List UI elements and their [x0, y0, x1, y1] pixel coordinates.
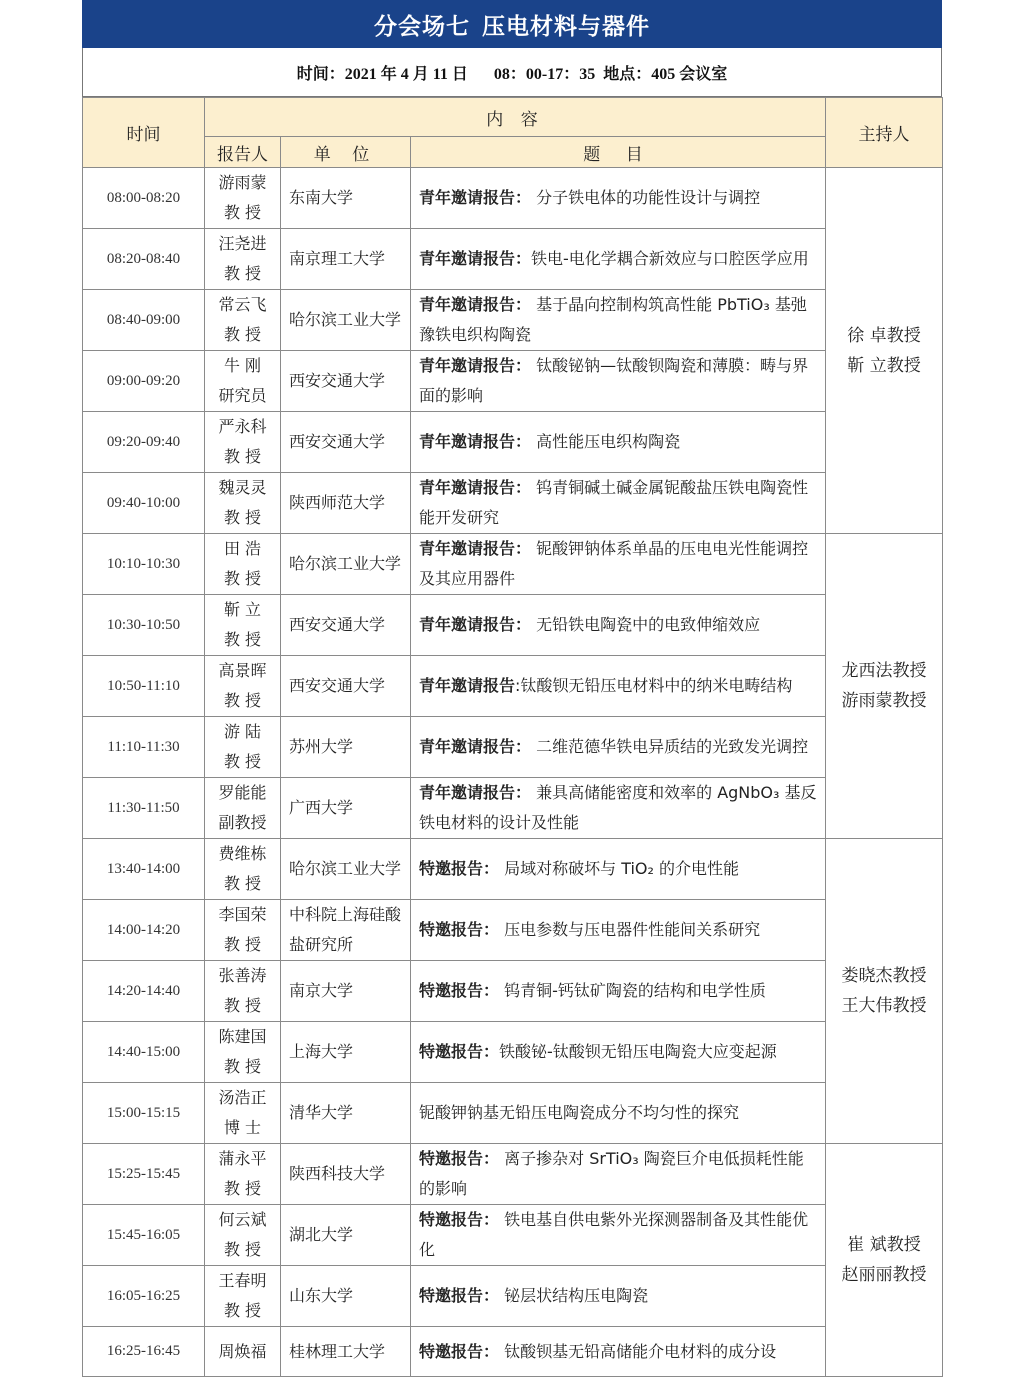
host-name: 靳 立教授 [826, 351, 942, 381]
session-number: 分会场七 [374, 8, 470, 41]
talk-time: 14:00-14:20 [83, 900, 205, 961]
affiliation: 湖北大学 [281, 1205, 411, 1266]
table-row: 10:30-10:50靳 立教 授西安交通大学青年邀请报告： 无铅铁电陶瓷中的电… [83, 595, 943, 656]
talk-time: 16:05-16:25 [83, 1266, 205, 1327]
speaker-cell: 汪尧进教 授 [205, 229, 281, 290]
speaker-cell: 陈建国教 授 [205, 1022, 281, 1083]
header-time: 时间 [83, 98, 205, 168]
speaker-name: 靳 立 [205, 595, 280, 625]
speaker-name: 严永科 [205, 412, 280, 442]
talk-topic: 青年邀请报告： 铌酸钾钠体系单晶的压电电光性能调控及其应用器件 [411, 534, 826, 595]
affiliation: 清华大学 [281, 1083, 411, 1144]
talk-type-tag: 青年邀请报告： [419, 432, 531, 451]
speaker-name: 张善涛 [205, 961, 280, 991]
talk-time: 09:40-10:00 [83, 473, 205, 534]
talk-title: 铋层状结构压电陶瓷 [499, 1286, 648, 1305]
speaker-title: 教 授 [205, 747, 280, 777]
talk-type-tag: 青年邀请报告： [419, 356, 531, 375]
speaker-cell: 汤浩正博 士 [205, 1083, 281, 1144]
speaker-title: 教 授 [205, 991, 280, 1021]
speaker-title: 教 授 [205, 1174, 280, 1204]
talk-topic: 特邀报告： 铋层状结构压电陶瓷 [411, 1266, 826, 1327]
header-unit: 单 位 [281, 137, 411, 168]
table-row: 11:30-11:50罗能能副教授广西大学青年邀请报告： 兼具高储能密度和效率的… [83, 778, 943, 839]
header-row-2: 报告人 单 位 题 目 [83, 137, 943, 168]
table-row: 09:20-09:40严永科教 授西安交通大学青年邀请报告： 高性能压电织构陶瓷 [83, 412, 943, 473]
talk-time: 10:10-10:30 [83, 534, 205, 595]
table-row: 08:00-08:20游雨蒙教 授东南大学青年邀请报告： 分子铁电体的功能性设计… [83, 168, 943, 229]
date-label: 时间： [297, 61, 345, 84]
table-row: 15:00-15:15汤浩正博 士清华大学铌酸钾钠基无铅压电陶瓷成分不均匀性的探… [83, 1083, 943, 1144]
affiliation: 哈尔滨工业大学 [281, 290, 411, 351]
talk-type-tag: 特邀报告： [419, 981, 499, 1000]
speaker-cell: 严永科教 授 [205, 412, 281, 473]
speaker-title: 教 授 [205, 686, 280, 716]
affiliation: 陕西师范大学 [281, 473, 411, 534]
schedule-rows: 08:00-08:20游雨蒙教 授东南大学青年邀请报告： 分子铁电体的功能性设计… [83, 168, 943, 1377]
speaker-title: 教 授 [205, 1235, 280, 1265]
table-row: 10:10-10:30田 浩教 授哈尔滨工业大学青年邀请报告： 铌酸钾钠体系单晶… [83, 534, 943, 595]
talk-type-tag: 青年邀请报告： [419, 615, 531, 634]
talk-type-tag: 青年邀请报告： [419, 249, 531, 268]
affiliation: 苏州大学 [281, 717, 411, 778]
speaker-name: 何云斌 [205, 1205, 280, 1235]
talk-time: 11:10-11:30 [83, 717, 205, 778]
talk-time: 11:30-11:50 [83, 778, 205, 839]
affiliation: 南京理工大学 [281, 229, 411, 290]
speaker-name: 费维栋 [205, 839, 280, 869]
table-row: 08:40-09:00常云飞教 授哈尔滨工业大学青年邀请报告： 基于晶向控制构筑… [83, 290, 943, 351]
talk-time: 15:25-15:45 [83, 1144, 205, 1205]
speaker-title: 教 授 [205, 869, 280, 899]
talk-title: :钛酸钡无铅压电材料中的纳米电畴结构 [515, 676, 792, 695]
speaker-title: 教 授 [205, 625, 280, 655]
talk-title: 二维范德华铁电异质结的光致发光调控 [531, 737, 808, 756]
host-name: 游雨蒙教授 [826, 686, 942, 716]
affiliation: 广西大学 [281, 778, 411, 839]
session-name: 压电材料与器件 [482, 8, 650, 41]
host-name: 龙西法教授 [826, 656, 942, 686]
talk-topic: 特邀报告：铁酸铋-钛酸钡无铅压电陶瓷大应变起源 [411, 1022, 826, 1083]
speaker-name: 周焕福 [205, 1337, 280, 1367]
affiliation: 南京大学 [281, 961, 411, 1022]
speaker-name: 罗能能 [205, 778, 280, 808]
speaker-title: 教 授 [205, 442, 280, 472]
talk-type-tag: 特邀报告： [419, 859, 499, 878]
talk-time: 15:45-16:05 [83, 1205, 205, 1266]
speaker-title: 教 授 [205, 564, 280, 594]
session-title-bar: 分会场七 压电材料与器件 [82, 0, 942, 48]
talk-time: 08:20-08:40 [83, 229, 205, 290]
talk-time: 16:25-16:45 [83, 1327, 205, 1377]
speaker-cell: 游雨蒙教 授 [205, 168, 281, 229]
talk-topic: 铌酸钾钠基无铅压电陶瓷成分不均匀性的探究 [411, 1083, 826, 1144]
speaker-title: 教 授 [205, 1296, 280, 1326]
talk-type-tag: 青年邀请报告 [419, 676, 515, 695]
talk-title: 无铅铁电陶瓷中的电致伸缩效应 [531, 615, 760, 634]
talk-title: 铌酸钾钠基无铅压电陶瓷成分不均匀性的探究 [419, 1103, 739, 1122]
session-hosts: 崔 斌教授赵丽丽教授 [826, 1144, 943, 1377]
affiliation: 西安交通大学 [281, 656, 411, 717]
talk-time: 14:20-14:40 [83, 961, 205, 1022]
host-name: 崔 斌教授 [826, 1230, 942, 1260]
schedule-table: 时间 内 容 主持人 报告人 单 位 题 目 08:00-08:20游雨蒙教 授… [82, 97, 943, 1377]
schedule-sheet: 分会场七 压电材料与器件 时间： 2021 年 4 月 11 日 08：00-1… [82, 0, 942, 1377]
talk-time: 14:40-15:00 [83, 1022, 205, 1083]
speaker-name: 王春明 [205, 1266, 280, 1296]
table-row: 16:25-16:45周焕福桂林理工大学特邀报告： 钛酸钡基无铅高储能介电材料的… [83, 1327, 943, 1377]
speaker-name: 魏灵灵 [205, 473, 280, 503]
talk-type-tag: 特邀报告： [419, 1342, 499, 1361]
talk-time: 10:50-11:10 [83, 656, 205, 717]
speaker-cell: 游 陆教 授 [205, 717, 281, 778]
speaker-name: 高景晖 [205, 656, 280, 686]
speaker-name: 陈建国 [205, 1022, 280, 1052]
talk-type-tag: 特邀报告： [419, 1210, 499, 1229]
speaker-name: 游 陆 [205, 717, 280, 747]
speaker-name: 田 浩 [205, 534, 280, 564]
affiliation: 中科院上海硅酸盐研究所 [281, 900, 411, 961]
talk-topic: 特邀报告： 钨青铜-钙钛矿陶瓷的结构和电学性质 [411, 961, 826, 1022]
talk-type-tag: 特邀报告： [419, 1042, 499, 1061]
talk-time: 10:30-10:50 [83, 595, 205, 656]
speaker-cell: 王春明教 授 [205, 1266, 281, 1327]
header-row-1: 时间 内 容 主持人 [83, 98, 943, 137]
affiliation: 西安交通大学 [281, 351, 411, 412]
talk-topic: 青年邀请报告： 二维范德华铁电异质结的光致发光调控 [411, 717, 826, 778]
speaker-name: 牛 刚 [205, 351, 280, 381]
talk-topic: 特邀报告： 钛酸钡基无铅高储能介电材料的成分设 [411, 1327, 826, 1377]
affiliation: 西安交通大学 [281, 595, 411, 656]
header-topic: 题 目 [411, 137, 826, 168]
talk-time: 08:00-08:20 [83, 168, 205, 229]
affiliation: 山东大学 [281, 1266, 411, 1327]
affiliation: 桂林理工大学 [281, 1327, 411, 1377]
talk-title: 钛酸钡基无铅高储能介电材料的成分设 [499, 1342, 776, 1361]
speaker-cell: 罗能能副教授 [205, 778, 281, 839]
speaker-cell: 费维栋教 授 [205, 839, 281, 900]
talk-time: 15:00-15:15 [83, 1083, 205, 1144]
speaker-cell: 牛 刚研究员 [205, 351, 281, 412]
talk-time: 08:40-09:00 [83, 290, 205, 351]
talk-topic: 青年邀请报告： 兼具高储能密度和效率的 AgNbO₃ 基反铁电材料的设计及性能 [411, 778, 826, 839]
speaker-name: 游雨蒙 [205, 168, 280, 198]
speaker-cell: 高景晖教 授 [205, 656, 281, 717]
speaker-cell: 魏灵灵教 授 [205, 473, 281, 534]
speaker-cell: 周焕福 [205, 1327, 281, 1377]
talk-topic: 特邀报告： 局域对称破坏与 TiO₂ 的介电性能 [411, 839, 826, 900]
talk-topic: 青年邀请报告： 高性能压电织构陶瓷 [411, 412, 826, 473]
host-name: 赵丽丽教授 [826, 1260, 942, 1290]
speaker-title: 副教授 [205, 808, 280, 838]
header-speaker: 报告人 [205, 137, 281, 168]
talk-type-tag: 特邀报告： [419, 920, 499, 939]
talk-type-tag: 青年邀请报告： [419, 737, 531, 756]
table-row: 13:40-14:00费维栋教 授哈尔滨工业大学特邀报告： 局域对称破坏与 Ti… [83, 839, 943, 900]
speaker-cell: 常云飞教 授 [205, 290, 281, 351]
speaker-title: 教 授 [205, 259, 280, 289]
talk-title: 局域对称破坏与 TiO₂ 的介电性能 [499, 859, 739, 878]
session-hosts: 徐 卓教授靳 立教授 [826, 168, 943, 534]
talk-type-tag: 青年邀请报告： [419, 783, 531, 802]
table-row: 15:45-16:05何云斌教 授湖北大学特邀报告： 铁电基自供电紫外光探测器制… [83, 1205, 943, 1266]
speaker-name: 李国荣 [205, 900, 280, 930]
host-name: 王大伟教授 [826, 991, 942, 1021]
talk-topic: 青年邀请报告： 基于晶向控制构筑高性能 PbTiO₃ 基弛豫铁电织构陶瓷 [411, 290, 826, 351]
speaker-cell: 何云斌教 授 [205, 1205, 281, 1266]
table-row: 14:40-15:00陈建国教 授上海大学特邀报告：铁酸铋-钛酸钡无铅压电陶瓷大… [83, 1022, 943, 1083]
table-row: 09:00-09:20牛 刚研究员西安交通大学青年邀请报告： 钛酸铋钠—钛酸钡陶… [83, 351, 943, 412]
talk-topic: 特邀报告： 压电参数与压电器件性能间关系研究 [411, 900, 826, 961]
speaker-cell: 李国荣教 授 [205, 900, 281, 961]
header-content: 内 容 [205, 98, 826, 137]
table-row: 10:50-11:10高景晖教 授西安交通大学青年邀请报告:钛酸钡无铅压电材料中… [83, 656, 943, 717]
talk-time: 09:20-09:40 [83, 412, 205, 473]
speaker-title: 教 授 [205, 320, 280, 350]
talk-time: 09:00-09:20 [83, 351, 205, 412]
session-hosts: 娄晓杰教授王大伟教授 [826, 839, 943, 1144]
place-label: 地点： [603, 61, 651, 84]
speaker-title: 教 授 [205, 198, 280, 228]
speaker-cell: 蒲永平教 授 [205, 1144, 281, 1205]
date-value: 2021 年 4 月 11 日 [345, 61, 468, 84]
speaker-title: 研究员 [205, 381, 280, 411]
speaker-name: 汤浩正 [205, 1083, 280, 1113]
talk-time: 13:40-14:00 [83, 839, 205, 900]
speaker-cell: 田 浩教 授 [205, 534, 281, 595]
table-row: 15:25-15:45蒲永平教 授陕西科技大学特邀报告： 离子掺杂对 SrTiO… [83, 1144, 943, 1205]
session-hosts: 龙西法教授游雨蒙教授 [826, 534, 943, 839]
table-row: 14:20-14:40张善涛教 授南京大学特邀报告： 钨青铜-钙钛矿陶瓷的结构和… [83, 961, 943, 1022]
talk-topic: 青年邀请报告： 分子铁电体的功能性设计与调控 [411, 168, 826, 229]
affiliation: 东南大学 [281, 168, 411, 229]
speaker-cell: 张善涛教 授 [205, 961, 281, 1022]
host-name: 徐 卓教授 [826, 321, 942, 351]
table-row: 11:10-11:30游 陆教 授苏州大学青年邀请报告： 二维范德华铁电异质结的… [83, 717, 943, 778]
talk-type-tag: 特邀报告： [419, 1286, 499, 1305]
speaker-name: 蒲永平 [205, 1144, 280, 1174]
affiliation: 哈尔滨工业大学 [281, 534, 411, 595]
talk-topic: 青年邀请报告：铁电-电化学耦合新效应与口腔医学应用 [411, 229, 826, 290]
talk-title: 铁酸铋-钛酸钡无铅压电陶瓷大应变起源 [499, 1042, 777, 1061]
talk-type-tag: 青年邀请报告： [419, 188, 531, 207]
speaker-title: 博 士 [205, 1113, 280, 1143]
speaker-title: 教 授 [205, 930, 280, 960]
talk-topic: 青年邀请报告： 无铅铁电陶瓷中的电致伸缩效应 [411, 595, 826, 656]
table-row: 14:00-14:20李国荣教 授中科院上海硅酸盐研究所特邀报告： 压电参数与压… [83, 900, 943, 961]
talk-topic: 特邀报告： 铁电基自供电紫外光探测器制备及其性能优化 [411, 1205, 826, 1266]
talk-type-tag: 青年邀请报告： [419, 478, 531, 497]
affiliation: 西安交通大学 [281, 412, 411, 473]
talk-type-tag: 特邀报告： [419, 1149, 499, 1168]
talk-title: 钨青铜-钙钛矿陶瓷的结构和电学性质 [499, 981, 766, 1000]
talk-type-tag: 青年邀请报告： [419, 295, 531, 314]
affiliation: 上海大学 [281, 1022, 411, 1083]
time-range: 08：00-17：35 [494, 61, 595, 84]
place-value: 405 会议室 [651, 61, 727, 84]
speaker-name: 常云飞 [205, 290, 280, 320]
table-row: 08:20-08:40汪尧进教 授南京理工大学青年邀请报告：铁电-电化学耦合新效… [83, 229, 943, 290]
talk-title: 高性能压电织构陶瓷 [531, 432, 680, 451]
talk-topic: 青年邀请报告： 钛酸铋钠—钛酸钡陶瓷和薄膜：畴与界面的影响 [411, 351, 826, 412]
affiliation: 陕西科技大学 [281, 1144, 411, 1205]
talk-topic: 青年邀请报告： 钨青铜碱土碱金属铌酸盐压铁电陶瓷性能开发研究 [411, 473, 826, 534]
talk-title: 铁电-电化学耦合新效应与口腔医学应用 [531, 249, 809, 268]
speaker-title: 教 授 [205, 1052, 280, 1082]
table-row: 16:05-16:25王春明教 授山东大学特邀报告： 铋层状结构压电陶瓷 [83, 1266, 943, 1327]
talk-type-tag: 青年邀请报告： [419, 539, 531, 558]
speaker-cell: 靳 立教 授 [205, 595, 281, 656]
speaker-title: 教 授 [205, 503, 280, 533]
affiliation: 哈尔滨工业大学 [281, 839, 411, 900]
talk-title: 压电参数与压电器件性能间关系研究 [499, 920, 760, 939]
session-info: 时间： 2021 年 4 月 11 日 08：00-17：35 地点： 405 … [82, 48, 942, 97]
talk-title: 分子铁电体的功能性设计与调控 [531, 188, 760, 207]
header-host: 主持人 [826, 98, 943, 168]
talk-topic: 特邀报告： 离子掺杂对 SrTiO₃ 陶瓷巨介电低损耗性能的影响 [411, 1144, 826, 1205]
host-name: 娄晓杰教授 [826, 961, 942, 991]
table-row: 09:40-10:00魏灵灵教 授陕西师范大学青年邀请报告： 钨青铜碱土碱金属铌… [83, 473, 943, 534]
talk-topic: 青年邀请报告:钛酸钡无铅压电材料中的纳米电畴结构 [411, 656, 826, 717]
speaker-name: 汪尧进 [205, 229, 280, 259]
